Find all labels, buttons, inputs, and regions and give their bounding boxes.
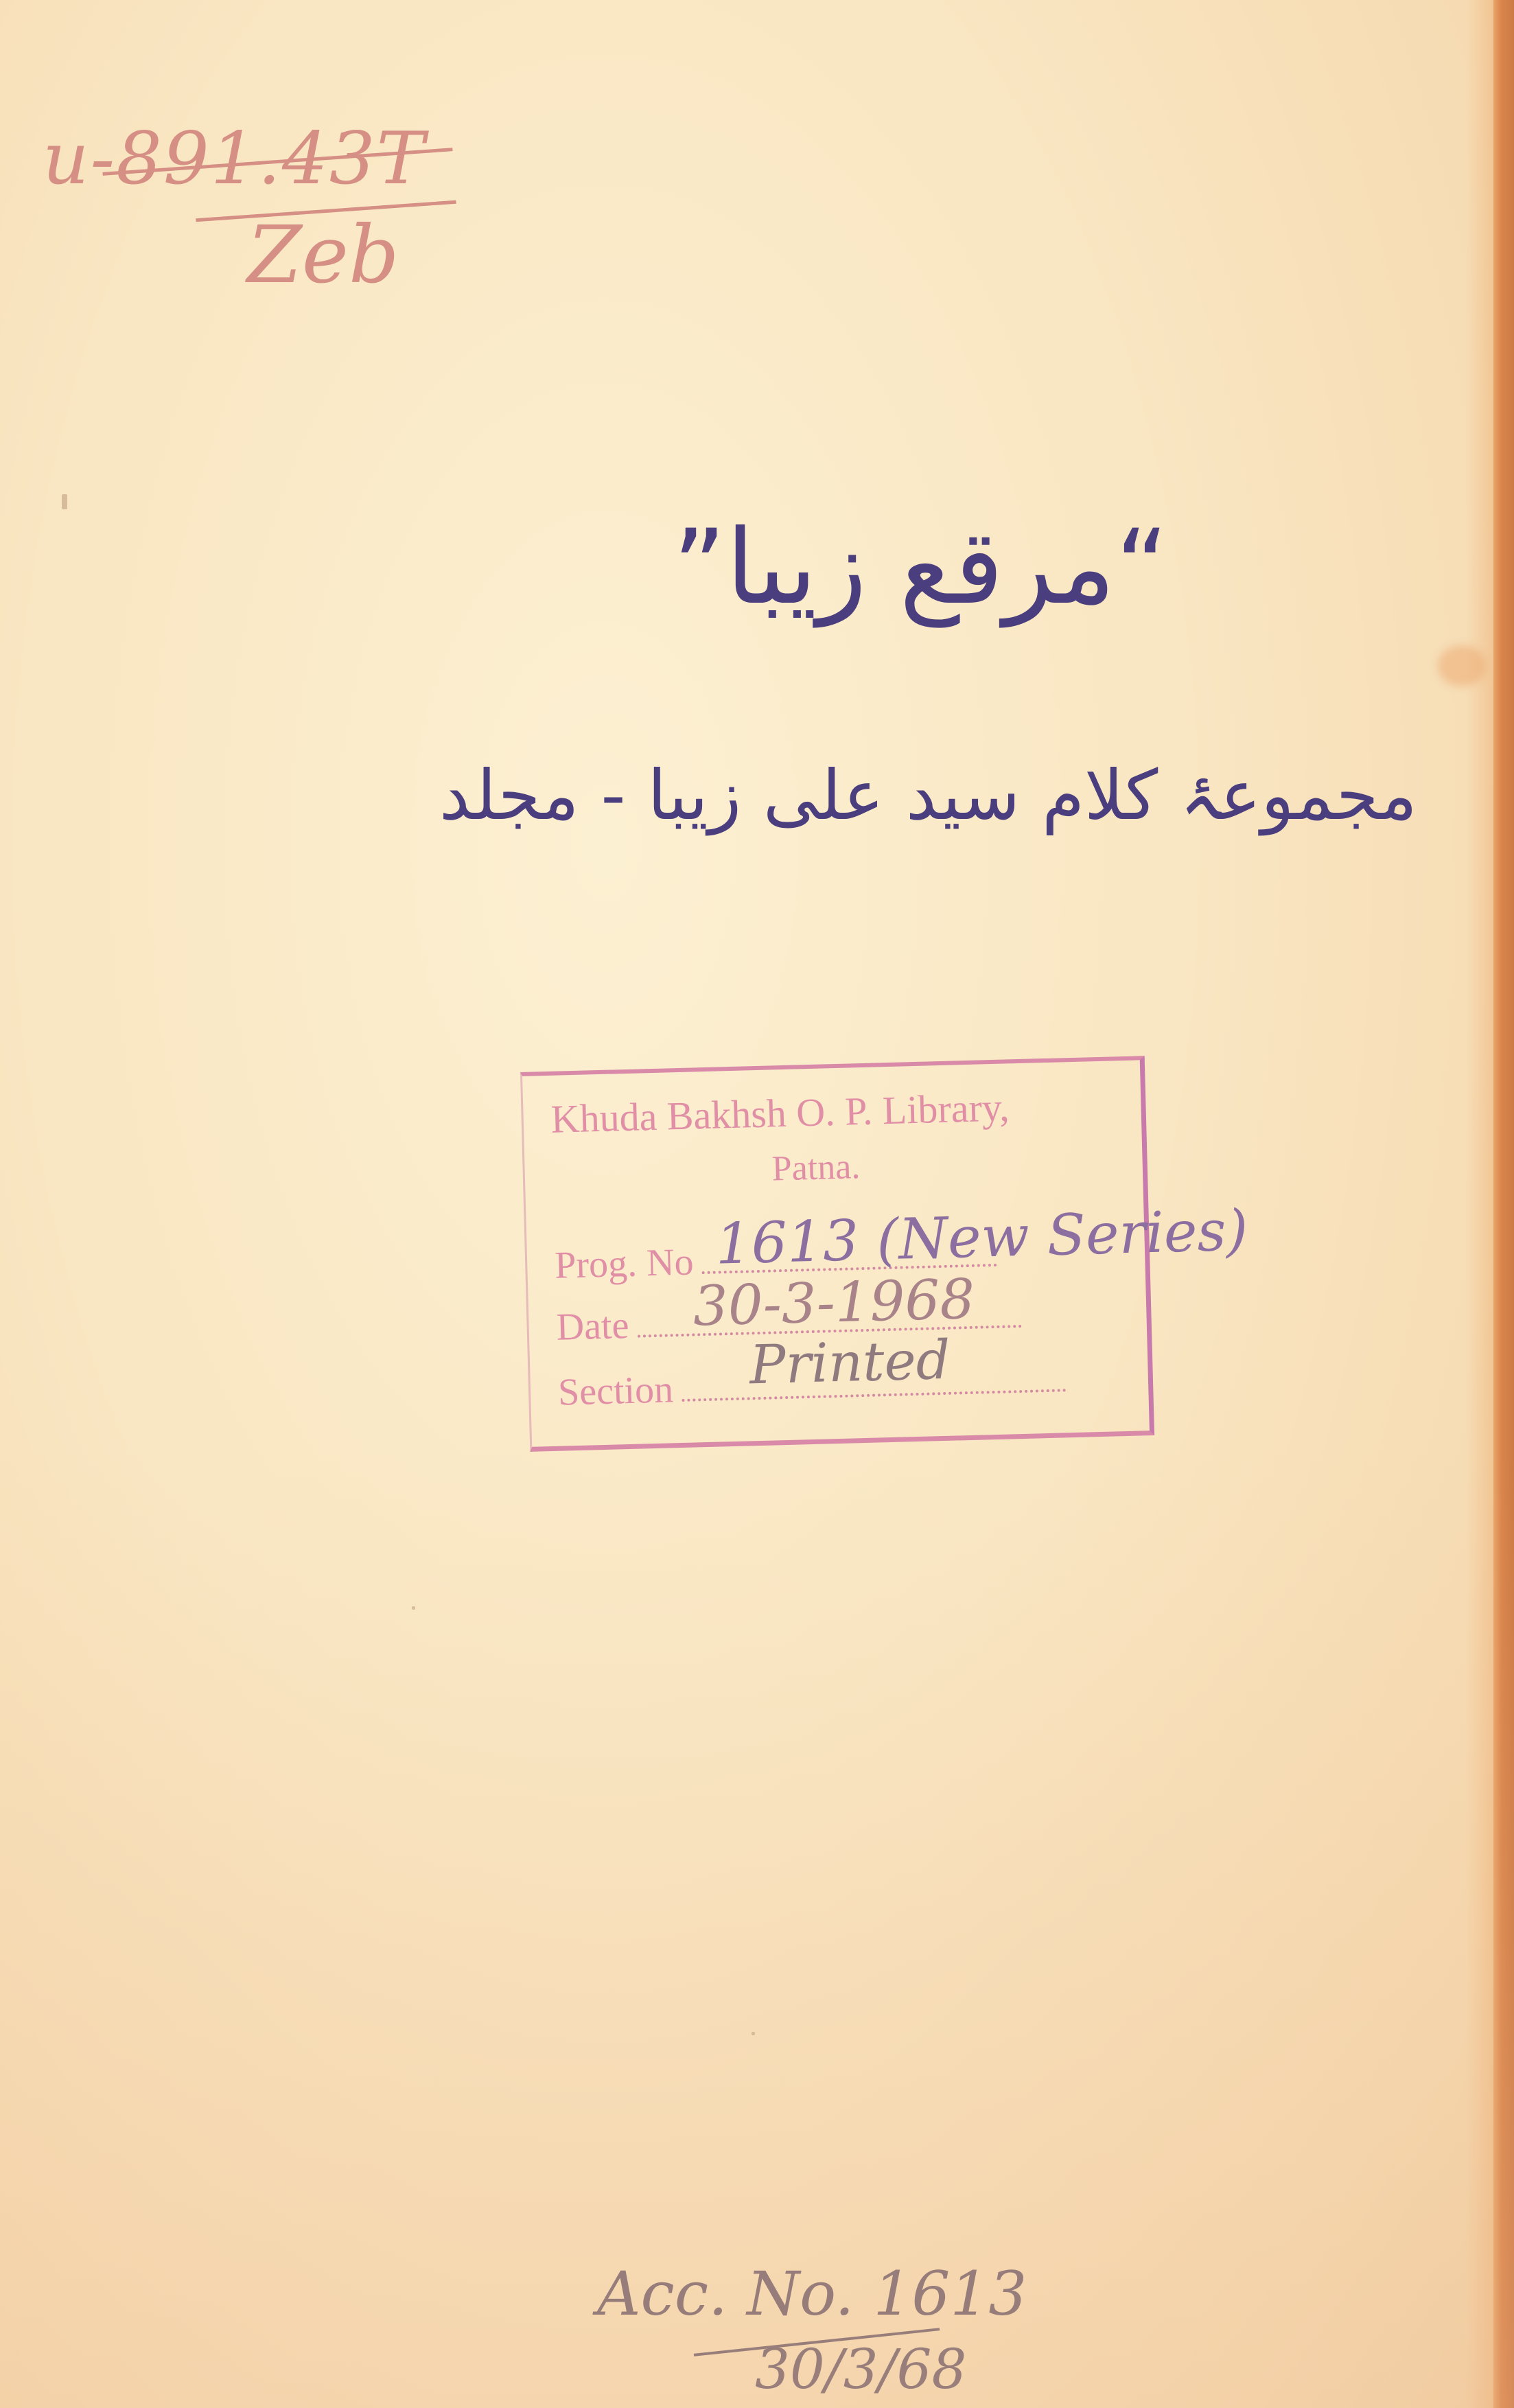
stamp-date-value: 30-3-1968 bbox=[692, 1267, 976, 1339]
book-spine-edge bbox=[1493, 0, 1514, 2408]
subtitle-urdu: مجموعۂ کلام سید علی زیبا - مجلد bbox=[439, 755, 1417, 835]
stamp-date-label: Date bbox=[556, 1304, 629, 1349]
title-urdu: “مرقع زیبا” bbox=[673, 508, 1169, 627]
call-number-prefix: u- bbox=[43, 117, 116, 200]
accession-number: Acc. No. 1613 bbox=[597, 2258, 1027, 2329]
library-stamp: Khuda Bakhsh O. P. Library, Patna. Prog.… bbox=[520, 1056, 1154, 1452]
call-number-struck: 891.43T bbox=[116, 117, 426, 200]
paper-speck bbox=[752, 2032, 755, 2035]
author-code: Zeb bbox=[247, 209, 399, 301]
stamp-prog-label: Prog. No bbox=[554, 1240, 694, 1286]
stamp-library-name: Khuda Bakhsh O. P. Library, bbox=[550, 1084, 1010, 1142]
accession-date: 30/3/68 bbox=[755, 2337, 966, 2401]
stamp-section-value: Printed bbox=[749, 1330, 951, 1397]
stamp-section-label: Section bbox=[557, 1368, 674, 1413]
call-number: u-891.43T bbox=[43, 117, 426, 200]
paper-speck bbox=[412, 1606, 415, 1610]
spine-shadow bbox=[1466, 0, 1493, 2408]
stamp-prog-value: 1613 (New Series) bbox=[714, 1198, 1248, 1277]
paper-speck bbox=[62, 494, 67, 509]
paper-stain bbox=[1438, 645, 1486, 686]
stamp-city: Patna. bbox=[771, 1146, 861, 1189]
flyleaf-page: u-891.43T Zeb “مرقع زیبا” مجموعۂ کلام سی… bbox=[0, 0, 1514, 2408]
